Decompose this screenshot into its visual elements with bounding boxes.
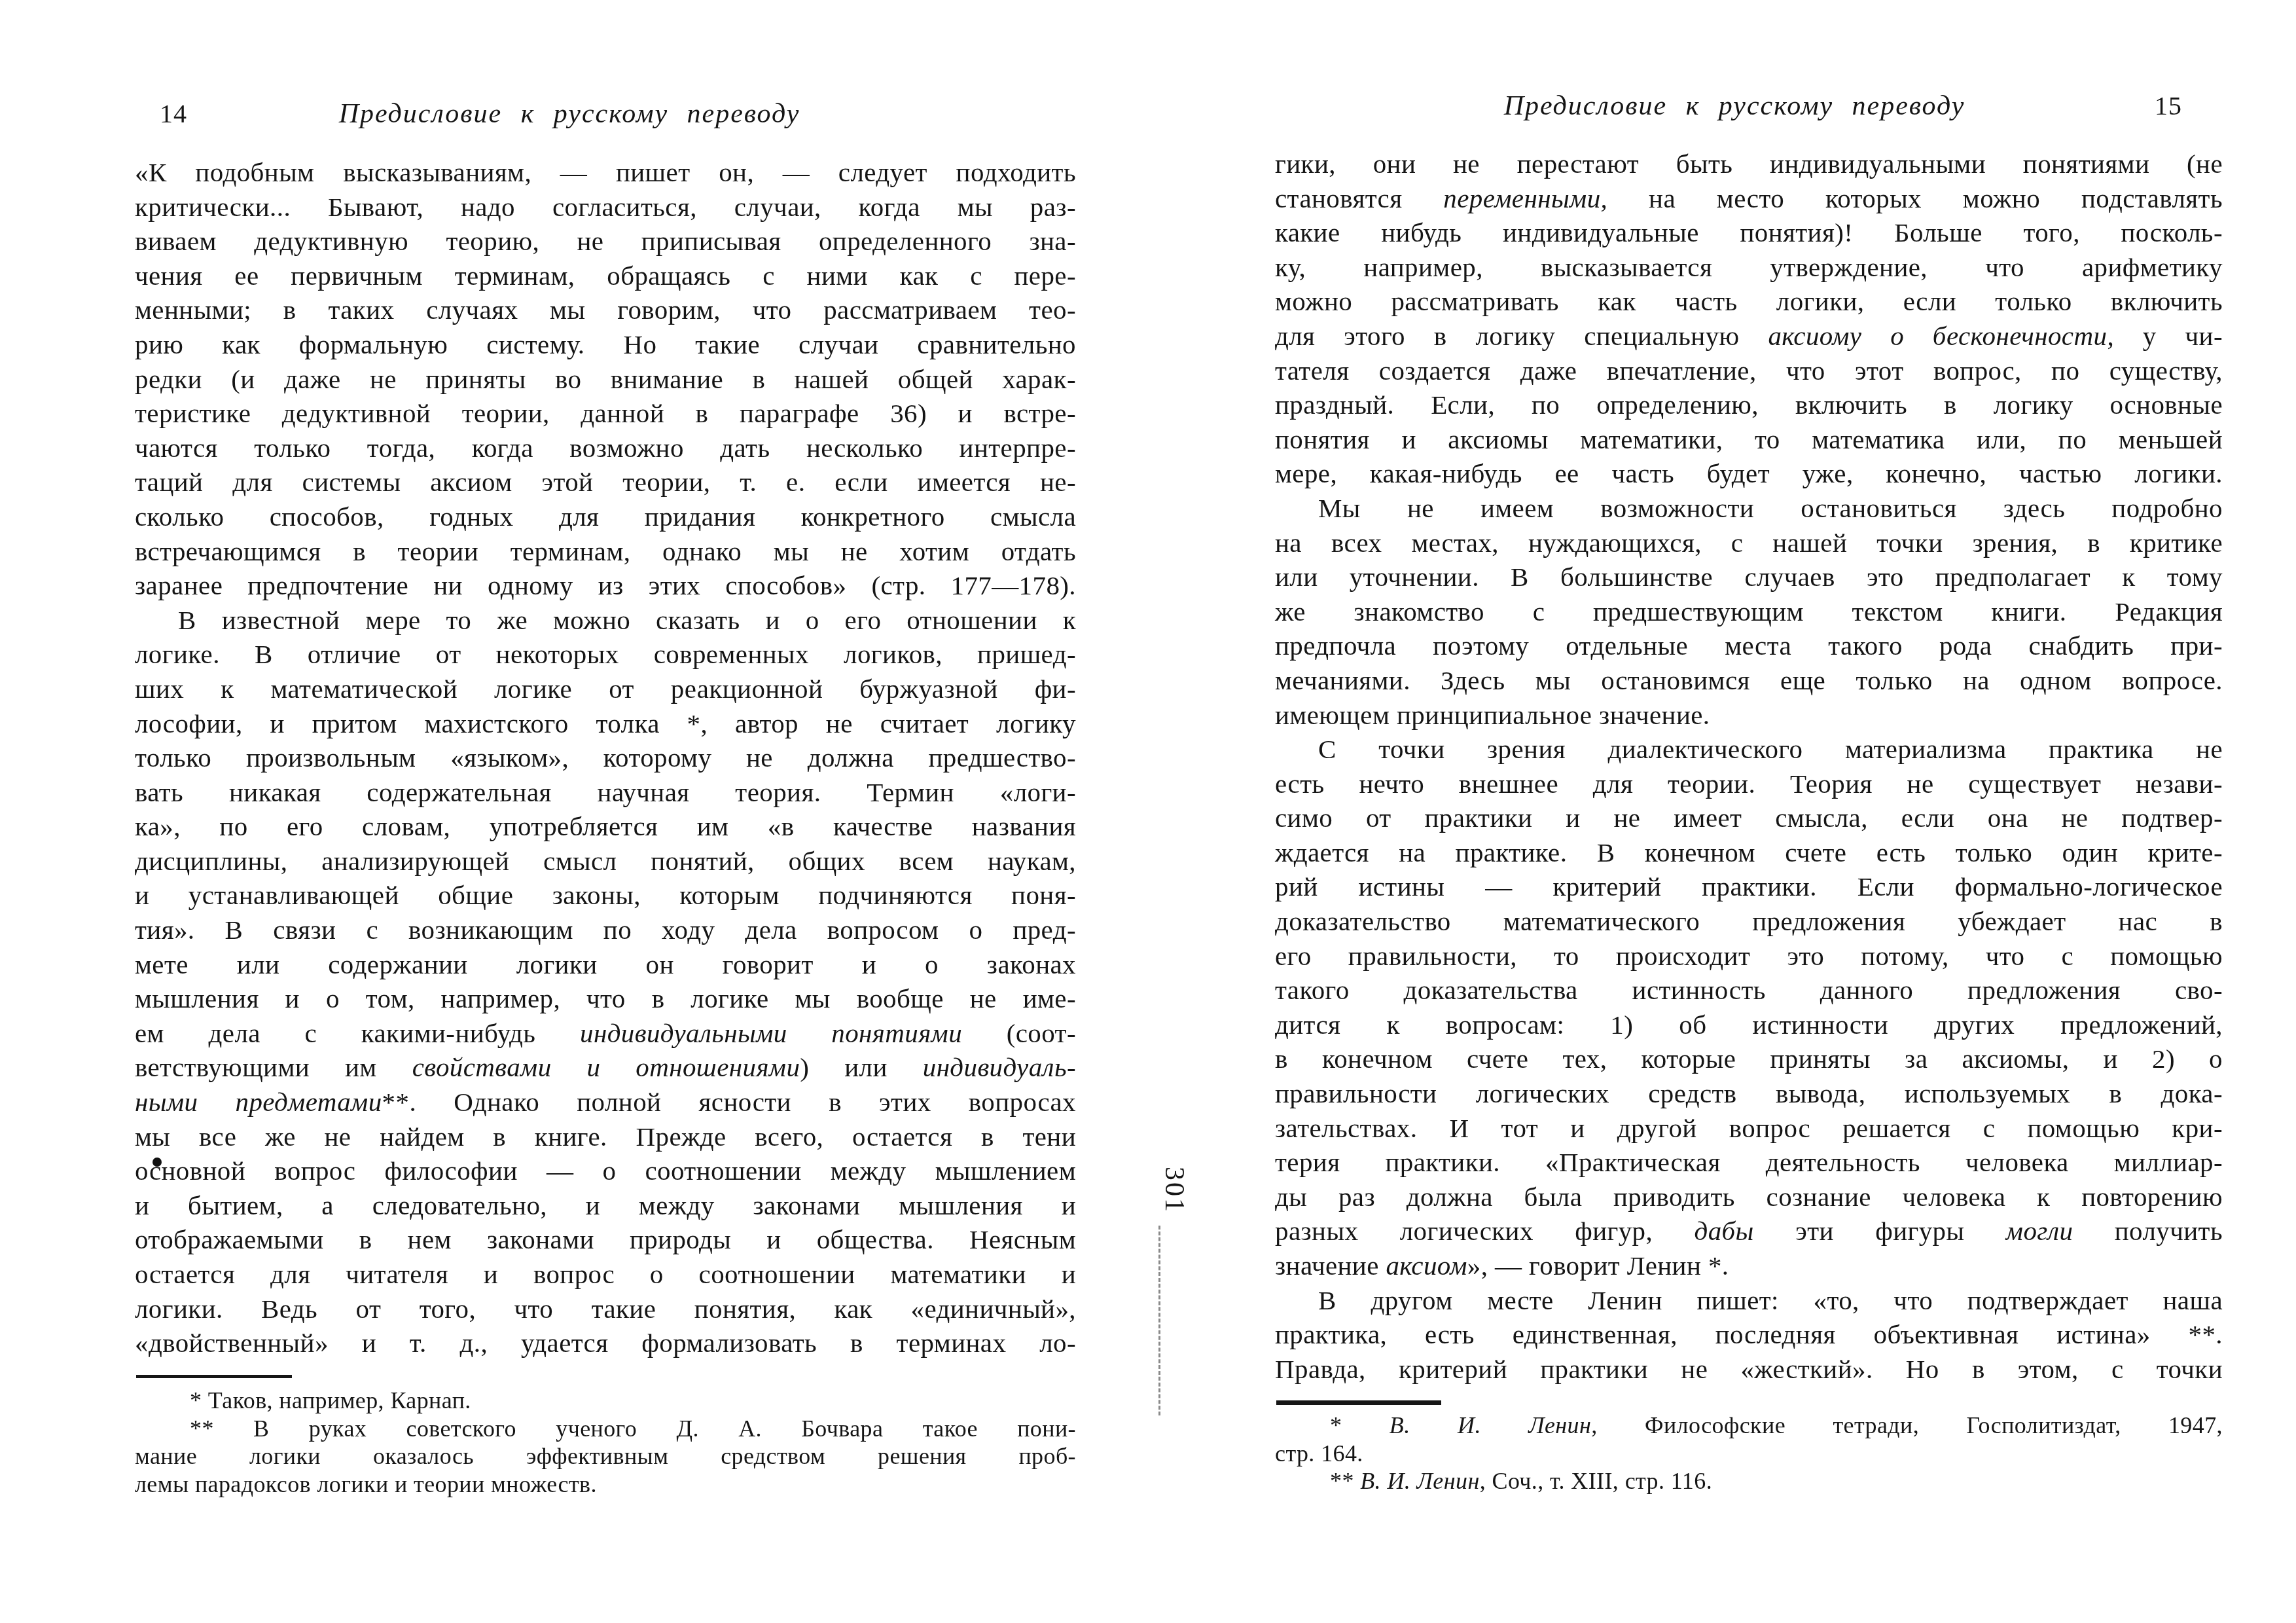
text-line: предпочла поэтому отдельные места такого… (1275, 629, 2223, 663)
left-page-body: «К подобным высказываниям, — пишет он, —… (135, 155, 1076, 1360)
text-line: мечаниями. Здесь мы остановимся еще толь… (1275, 663, 2223, 698)
ink-spot (152, 1158, 162, 1167)
text-line: логике. В отличие от некоторых современн… (135, 637, 1076, 672)
gutter-fold-line (1158, 1226, 1160, 1415)
text-line: остается для читателя и вопрос о соотнош… (135, 1257, 1076, 1292)
text-line: логики. Ведь от того, что такие понятия,… (135, 1292, 1076, 1326)
text-line: практика, есть единственная, последняя о… (1275, 1317, 2223, 1352)
text-line: ды раз должна была приводить сознание че… (1275, 1180, 2223, 1214)
text-line: можно рассматривать как часть логики, ес… (1275, 284, 2223, 319)
text-line: гики, они не перестают быть индивидуальн… (1275, 147, 2223, 181)
text-line: какие нибудь индивидуальные понятия)! Бо… (1275, 215, 2223, 250)
right-page-body: гики, они не перестают быть индивидуальн… (1275, 147, 2223, 1386)
text-line: стр. 164. (1275, 1440, 2223, 1468)
text-line: Мы не имеем возможности остановиться зде… (1275, 491, 2223, 526)
text-line: мере, какая-нибудь ее часть будет уже, к… (1275, 456, 2223, 491)
text-line: ными предметами**. Однако полной ясности… (135, 1085, 1076, 1120)
text-line: таций для системы аксиом этой теории, т.… (135, 465, 1076, 500)
text-line: доказательство математического предложен… (1275, 904, 2223, 939)
text-line: рию как формальную систему. Но такие слу… (135, 327, 1076, 362)
text-line: дисциплины, анализирующей смысл понятий,… (135, 844, 1076, 879)
right-page-number: 15 (2155, 90, 2182, 121)
gutter-sheet-number: 301 (1158, 1167, 1190, 1214)
text-line: праздный. Если, по определению, включить… (1275, 388, 2223, 422)
text-line: «К подобным высказываниям, — пишет он, —… (135, 155, 1076, 190)
text-line: терия практики. «Практическая деятельнос… (1275, 1145, 2223, 1180)
right-footnote-rule (1276, 1400, 1441, 1405)
text-line: «двойственный» и т. д., удается формализ… (135, 1326, 1076, 1360)
text-line: имеющем принципиальное значение. (1275, 698, 2223, 733)
left-running-title: Предисловие к русскому переводу (99, 98, 1040, 130)
text-line: основной вопрос философии — о соотношени… (135, 1154, 1076, 1188)
text-line: * В. И. Ленин, Философские тетради, Госп… (1275, 1412, 2223, 1440)
text-line: мы все же не найдем в книге. Прежде всег… (135, 1120, 1076, 1154)
text-line: В другом месте Ленин пишет: «то, что под… (1275, 1283, 2223, 1318)
text-line: понятия и аксиомы математики, то математ… (1275, 422, 2223, 457)
text-line: становятся переменными, на место которых… (1275, 181, 2223, 216)
right-page-footnotes: * В. И. Ленин, Философские тетради, Госп… (1275, 1412, 2223, 1495)
text-line: критически... Бывают, надо согласиться, … (135, 190, 1076, 225)
left-footnote-rule (136, 1375, 292, 1378)
text-line: сколько способов, годных для придания ко… (135, 500, 1076, 534)
text-line: чаются только тогда, когда возможно дать… (135, 431, 1076, 465)
text-line: же знакомство с предшествующим текстом к… (1275, 594, 2223, 629)
text-line: чения ее первичным терминам, обращаясь с… (135, 259, 1076, 293)
text-line: вать никакая содержательная научная теор… (135, 775, 1076, 810)
text-line: или уточнении. В большинстве случаев это… (1275, 560, 2223, 594)
left-running-head: 14 Предисловие к русскому переводу (135, 98, 1076, 137)
text-line: зательствах. И тот и другой вопрос решае… (1275, 1111, 2223, 1146)
text-line: для этого в логику специальную аксиому о… (1275, 319, 2223, 354)
text-line: мышления и о том, например, что в логике… (135, 981, 1076, 1016)
text-line: правильности логических средств вывода, … (1275, 1076, 2223, 1111)
text-line: * Таков, например, Карнап. (135, 1387, 1076, 1415)
text-line: лософии, и притом махистского толка *, а… (135, 706, 1076, 741)
text-line: встречающимся в теории терминам, однако … (135, 534, 1076, 569)
text-line: теристике дедуктивной теории, данной в п… (135, 396, 1076, 431)
text-line: ** В руках советского ученого Д. А. Бочв… (135, 1415, 1076, 1443)
text-line: значение аксиом», — говорит Ленин *. (1275, 1249, 2223, 1283)
text-line: тателя создается даже впечатление, что э… (1275, 354, 2223, 388)
text-line: разных логических фигур, дабы эти фигуры… (1275, 1214, 2223, 1249)
text-line: заранее предпочтение ни одному из этих с… (135, 568, 1076, 603)
text-line: такого доказательства истинность данного… (1275, 973, 2223, 1008)
right-running-head: Предисловие к русскому переводу 15 (1275, 90, 2223, 130)
text-line: на всех местах, нуждающихся, с нашей точ… (1275, 526, 2223, 560)
text-line: дится к вопросам: 1) об истинности други… (1275, 1008, 2223, 1042)
right-running-title: Предисловие к русскому переводу (1261, 90, 2208, 122)
text-line: симо от практики и не имеет смысла, если… (1275, 801, 2223, 835)
book-spread-scan: { "gutter": { "sheet_number": "301" }, "… (0, 0, 2296, 1623)
left-page-footnotes: * Таков, например, Карнап.** В руках сов… (135, 1387, 1076, 1498)
text-line: С точки зрения диалектического материали… (1275, 732, 2223, 767)
text-line: ждается на практике. В конечном счете ес… (1275, 835, 2223, 870)
text-line: отображаемыми в нем законами природы и о… (135, 1222, 1076, 1257)
text-line: тия». В связи с возникающим по ходу дела… (135, 913, 1076, 947)
text-line: лемы парадоксов логики и теории множеств… (135, 1470, 1076, 1499)
text-line: рий истины — критерий практики. Если фор… (1275, 869, 2223, 904)
text-line: ку, например, высказывается утверждение,… (1275, 250, 2223, 285)
text-line: менными; в таких случаях мы говорим, что… (135, 293, 1076, 327)
text-line: мание логики оказалось эффективным средс… (135, 1442, 1076, 1470)
text-line: его правильности, то происходит это пото… (1275, 939, 2223, 974)
text-line: в конечном счете тех, которые приняты за… (1275, 1042, 2223, 1076)
text-line: и устанавливающей общие законы, которым … (135, 878, 1076, 913)
text-line: ка», по его словам, употребляется им «в … (135, 809, 1076, 844)
text-line: ветствующими им свойствами и отношениями… (135, 1050, 1076, 1085)
text-line: ем дела с какими-нибудь индивидуальными … (135, 1016, 1076, 1051)
text-line: и бытием, а следовательно, и между закон… (135, 1188, 1076, 1223)
text-line: ** В. И. Ленин, Соч., т. XIII, стр. 116. (1275, 1467, 2223, 1495)
text-line: ших к математической логике от реакционн… (135, 672, 1076, 706)
text-line: мете или содержании логики он говорит и … (135, 947, 1076, 982)
text-line: В известной мере то же можно сказать и о… (135, 603, 1076, 638)
text-line: редки (и даже не приняты во внимание в н… (135, 362, 1076, 397)
text-line: виваем дедуктивную теорию, не приписывая… (135, 224, 1076, 259)
text-line: есть нечто внешнее для теории. Теория не… (1275, 767, 2223, 801)
text-line: только произвольным «языком», которому н… (135, 740, 1076, 775)
text-line: Правда, критерий практики не «жесткий». … (1275, 1352, 2223, 1387)
